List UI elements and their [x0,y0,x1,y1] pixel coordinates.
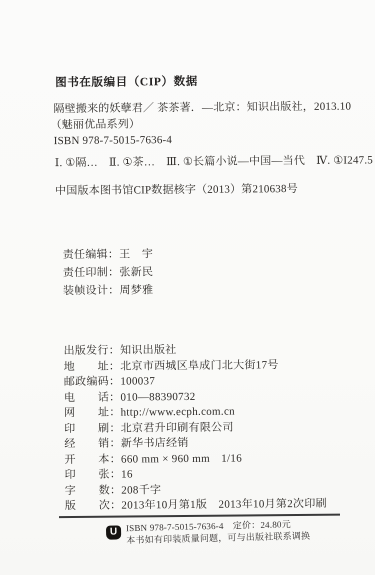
pub-value: 2013年10月第1版 2013年10月第2次印刷 [121,498,327,512]
staff-label: 责任印制： [63,267,120,279]
pub-label: 版 次： [65,500,122,512]
staff-value: 周梦雅 [119,284,153,296]
cip-isbn-line: ISBN 978-7-5015-7636-4 [54,134,172,148]
staff-row-editor: 责任编辑：王 宇 [63,245,154,264]
divider-rule [59,514,340,518]
pub-value: 北京君升印刷有限公司 [121,421,234,434]
staff-credits-block: 责任编辑：王 宇 责任印制：张新民 装帧设计：周梦雅 [63,245,154,300]
pub-label: 经 销： [64,438,121,450]
pub-value: 100037 [120,375,155,387]
staff-value: 张新民 [119,266,153,278]
pub-value: http://www.ecph.com.cn [121,406,235,419]
cip-series-line: （魅丽优品系列） [51,118,141,132]
pub-row-edition: 版 次：2013年10月第1版 2013年10月第2次印刷 [65,497,327,515]
pub-value: 新华书店经销 [121,437,189,450]
pub-label: 印 刷： [64,422,121,434]
publication-info-block: 出版发行：知识出版社 地 址：北京市西城区阜成门北大街17号 邮政编码：1000… [63,342,326,515]
pub-value: 知识出版社 [120,344,177,356]
cip-title-line: 隔壁搬来的妖孽君／ 茶茶著．—北京：知识出版社，2013.10 [53,101,351,117]
staff-row-design: 装帧设计：周梦雅 [63,281,154,300]
pub-label: 出版发行： [63,345,120,357]
pub-label: 地 址： [64,360,121,372]
pub-label: 电 话： [64,391,121,403]
footer-text: ISBN 978-7-5015-7636-4 定价：24.80元 本书如有印装质… [126,519,311,546]
pub-value: 208千字 [121,484,161,496]
staff-label: 装帧设计： [63,285,120,297]
publisher-logo-icon: U [106,525,121,539]
pub-label: 开 本： [64,453,121,465]
cip-header: 图书在版编目（CIP）数据 [55,76,198,90]
pub-value: 010—88390732 [120,390,195,403]
pub-label: 网 址： [64,407,121,419]
pub-value: 16 [121,468,133,480]
pub-label: 字 数： [65,484,122,496]
pub-label: 印 张： [65,469,122,481]
book-copyright-page: 图书在版编目（CIP）数据 隔壁搬来的妖孽君／ 茶茶著．—北京：知识出版社，20… [0,0,375,575]
scanned-content: 图书在版编目（CIP）数据 隔壁搬来的妖孽君／ 茶茶著．—北京：知识出版社，20… [0,0,375,575]
pub-value: 北京市西城区阜成门北大街17号 [120,359,279,372]
pub-value: 660 mm × 960 mm 1/16 [121,452,242,465]
pub-label: 邮政编码： [64,376,121,388]
footer-block: U ISBN 978-7-5015-7636-4 定价：24.80元 本书如有印… [106,519,311,547]
staff-value: 王 宇 [119,248,153,260]
cip-classification-line: Ⅰ. ①隔… Ⅱ. ①茶… Ⅲ. ①长篇小说—中国—当代 Ⅳ. ①I247.5 [55,154,373,170]
staff-label: 责任编辑： [63,249,120,261]
cip-record-line: 中国版本图书馆CIP数据核字（2013）第210638号 [55,183,298,198]
staff-row-printing: 责任印制：张新民 [63,263,154,282]
